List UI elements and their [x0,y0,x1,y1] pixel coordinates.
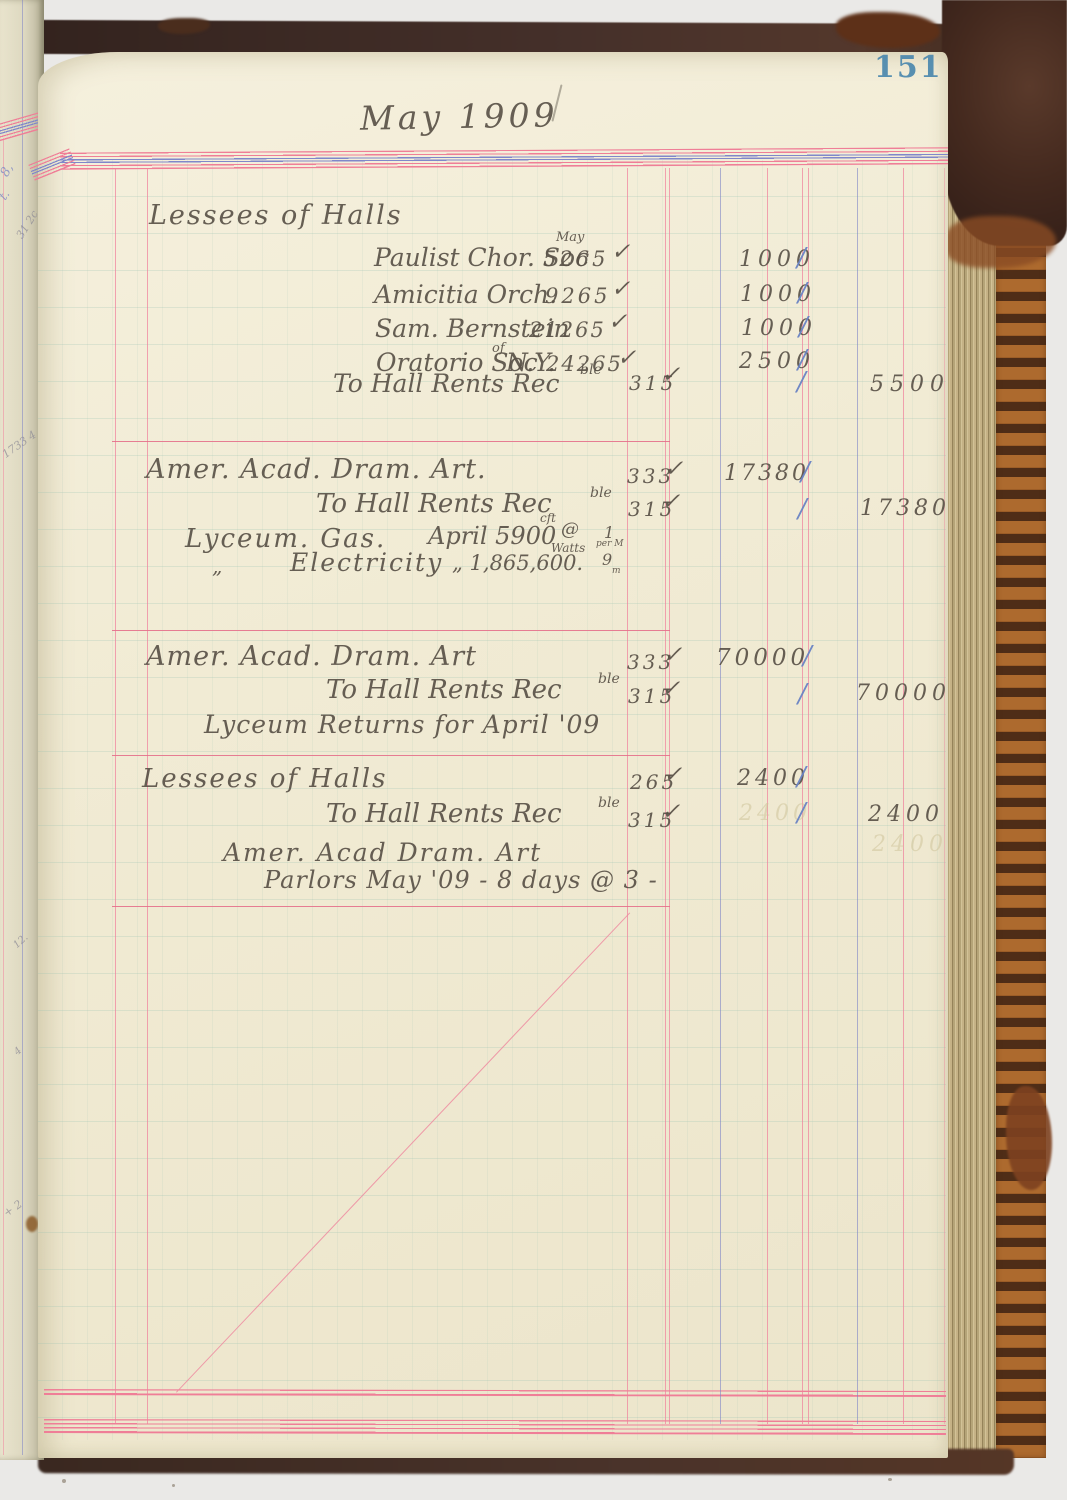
cents-slash: / [803,643,812,669]
entry-superscript: ble [598,672,620,686]
debit-amount: 70000 [716,647,809,670]
check-mark: ✓ [661,801,680,824]
check-mark: ✓ [611,278,630,301]
rate-value: 9 [602,552,612,568]
debit-amount: 17380 [724,463,809,485]
folio-number: 21265 [529,320,606,341]
entry-title: Amer. Acad. Dram. Art. [146,456,487,483]
check-mark: ✓ [663,764,682,787]
check-mark: ✓ [661,364,680,387]
block-separator [112,441,670,442]
cents-slash: / [799,314,808,340]
column-rule-pink [903,168,904,1424]
rate-unit: m [612,567,621,576]
leather-corner [942,0,1067,246]
prev-page-pink-rule [3,140,4,1455]
credit-amount: 2400 [868,804,944,826]
erased-credit-amount: 2400 [872,834,948,856]
entry-title: Amer. Acad. Dram. Art [146,643,477,670]
page-number: 151 [874,50,943,85]
column-rule-pink [944,168,945,1424]
entry-superscript: ble [598,796,620,810]
column-rule-pink [669,168,670,1424]
cents-slash: / [797,245,806,271]
entry-desc: To Hall Rents Rec [326,677,562,703]
column-rule-blue [720,168,721,1424]
credit-amount: 5500 [870,374,950,396]
header-date: May 1909 [360,98,559,134]
prev-page-stain [26,1216,38,1232]
column-rule-pink [147,168,148,1424]
entry-desc: Amicitia Orch. [374,282,557,307]
dust-speck [172,1484,175,1487]
unit-superscript: Watts [551,542,585,554]
unit-superscript: cft [540,512,556,524]
folio-number: 5265 [543,249,608,270]
entry-desc: To Hall Rents Rec [333,371,560,396]
memo-line: Lyceum Returns for April '09 [204,712,600,737]
check-mark: ✓ [608,311,627,334]
cents-slash: / [801,459,810,485]
memo-line: Parlors May '09 - 8 days @ 3 - [264,868,658,892]
rate-unit: per M [596,540,623,549]
dust-speck [888,1478,892,1481]
block-separator [112,630,670,631]
check-mark: ✓ [661,491,680,514]
entry-desc: To Hall Rents Rec [316,491,552,517]
check-mark: ✓ [664,458,683,481]
entry-superscript: of [492,342,505,355]
entry-desc: To Hall Rents Rec [326,801,562,827]
fore-edge-stripes [996,226,1046,1458]
block-separator [112,906,670,907]
check-mark: ✓ [617,347,636,370]
ditto-mark: „ [212,556,222,576]
credit-amount: 17380 [860,498,950,520]
dust-speck [62,1479,66,1483]
cents-slash: / [798,280,807,306]
column-rule-pink [665,168,666,1424]
cents-slash: / [798,681,807,707]
check-mark: ✓ [611,241,630,264]
at-sign: @ [561,521,579,539]
cents-slash: / [797,369,806,395]
cents-slash: / [797,764,806,790]
memo-detail: „ 1,865,600. [452,553,583,574]
entry-title: Lessees of Halls [142,766,387,792]
block-separator [112,755,670,756]
entry-superscript: ble [580,363,602,377]
entry-superscript: ble [590,486,612,500]
folio-number: 9265 [545,286,610,307]
memo-detail: April 5900 [428,524,556,548]
ledger-photo: 8, t. 31 2c 1733 4 12. 4 + 2 151 May 190… [0,0,1067,1500]
credit-amount: 70000 [856,683,951,705]
check-mark: ✓ [661,678,680,701]
entry-title: Lessees of Halls [149,202,403,229]
entry-superscript: May [556,231,584,244]
column-rule-blue [857,168,858,1424]
cents-slash: / [798,496,807,522]
footer-rule-band-2 [44,1419,946,1435]
check-mark: ✓ [663,644,682,667]
memo-label: Electricity [290,550,443,575]
memo-line: Amer. Acad Dram. Art [223,840,542,865]
cents-slash: / [797,800,806,826]
column-rule-pink [115,168,116,1424]
